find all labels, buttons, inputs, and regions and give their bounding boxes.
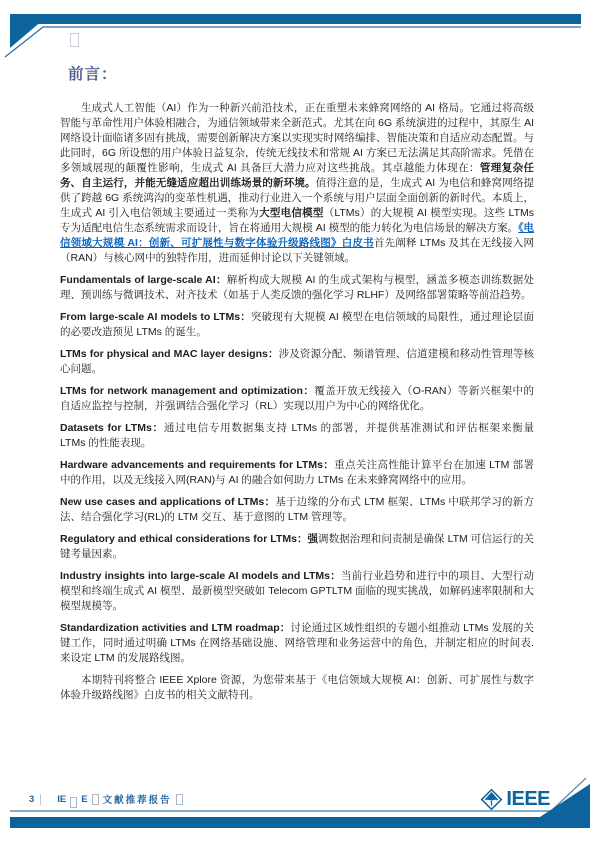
paragraph: Datasets for LTMs：通过电信专用数据集支持 LTMs 的部署，并… [60,421,534,451]
paragraph: New use cases and applications of LTMs：基… [60,495,534,525]
bold-text-run: From large-scale AI models to LTMs： [60,311,251,323]
missing-glyph-icon [176,794,183,805]
bold-text-run: Fundamentals of large-scale AI： [60,274,227,286]
ieee-logo-text: IEEE [506,788,550,811]
report-label-part: IE [57,794,66,805]
footer-report-label: 3 IE E 文献推荐报告 [29,792,183,806]
missing-glyph-icon [92,794,99,805]
bold-text-run: Industry insights into large-scale AI mo… [60,570,341,582]
paragraph: Regulatory and ethical considerations fo… [60,532,534,562]
content-area: 生成式人工智能（AI）作为一种新兴前沿技术，正在重塑未来蜂窝网络的 AI 格局。… [60,101,534,710]
paragraph: LTMs for network management and optimiza… [60,384,534,414]
page-number: 3 [29,794,34,805]
bold-text-run: New use cases and applications of LTMs： [60,496,275,508]
paragraph: Standardization activities and LTM roadm… [60,621,534,666]
text-run: 本期特刊将整合 IEEE Xplore 资源，为您带来基于《电信领域大规模 AI… [60,674,534,701]
bold-text-run: Regulatory and ethical considerations fo… [60,533,318,545]
separator-line [40,794,41,805]
bold-text-run: Standardization activities and LTM roadm… [60,622,290,634]
page-footer: 3 IE E 文献推荐报告 IEEE [0,788,594,814]
bold-text-run: LTMs for physical and MAC layer designs： [60,348,279,360]
report-label-part: 文献推荐报告 [103,792,172,806]
header-decoration [0,0,594,70]
report-label-part: E [81,794,87,805]
paragraph: Hardware advancements and requirements f… [60,458,534,488]
missing-glyph-icon [70,797,77,808]
text-run: 生成式人工智能（AI）作为一种新兴前沿技术，正在重塑未来蜂窝网络的 AI 格局。… [60,102,534,174]
bold-text-run: Hardware advancements and requirements f… [60,459,334,471]
missing-glyph-icon [70,33,79,47]
paragraph: Industry insights into large-scale AI mo… [60,569,534,614]
paragraph: 生成式人工智能（AI）作为一种新兴前沿技术，正在重塑未来蜂窝网络的 AI 格局。… [60,101,534,266]
paragraph: 本期特刊将整合 IEEE Xplore 资源，为您带来基于《电信领域大规模 AI… [60,673,534,703]
document-page: 前言： 生成式人工智能（AI）作为一种新兴前沿技术，正在重塑未来蜂窝网络的 AI… [0,0,594,842]
bold-text-run: 大型电信模型 [259,207,324,219]
paragraph: Fundamentals of large-scale AI：解析构成大规模 A… [60,273,534,303]
bold-text-run: LTMs for network management and optimiza… [60,385,314,397]
ieee-diamond-icon [480,788,503,811]
paragraph: LTMs for physical and MAC layer designs：… [60,347,534,377]
paragraph: From large-scale AI models to LTMs：突破现有大… [60,310,534,340]
bold-text-run: Datasets for LTMs： [60,422,164,434]
ieee-logo: IEEE [480,788,550,811]
page-title: 前言： [68,62,118,84]
